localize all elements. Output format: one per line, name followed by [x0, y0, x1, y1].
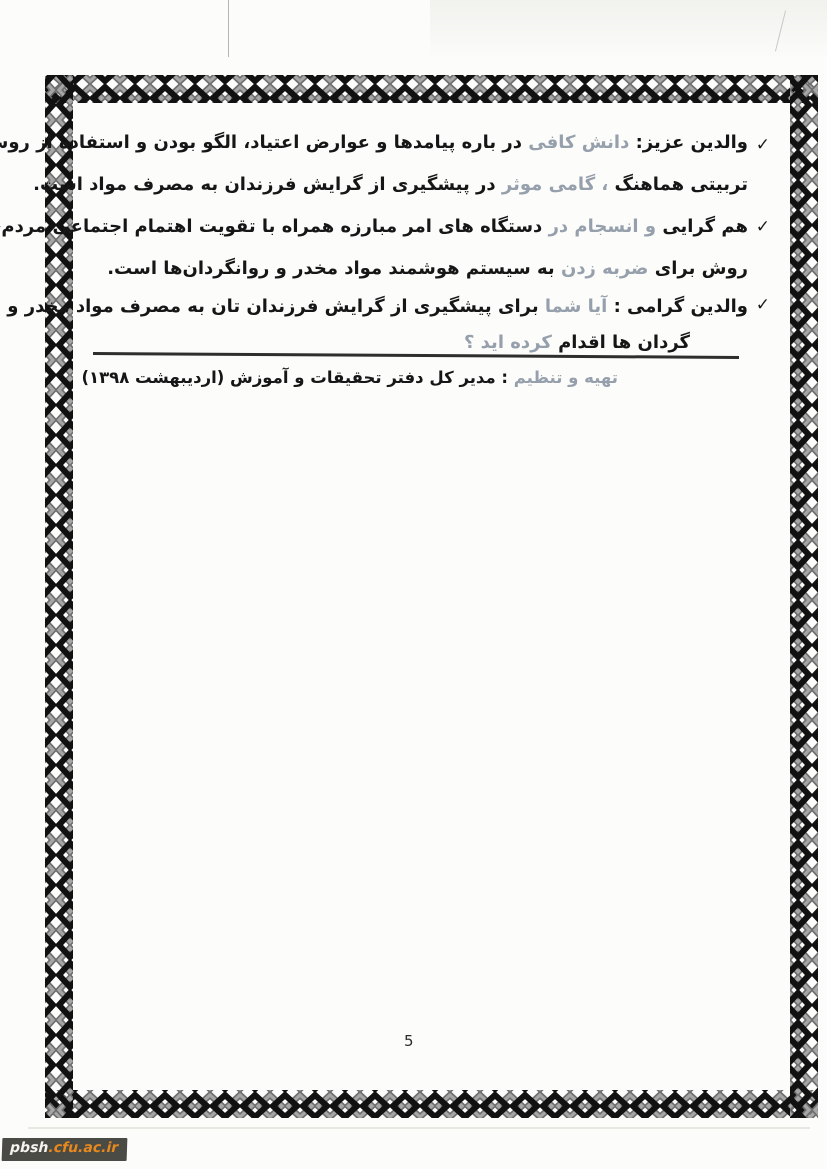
page-number: 5 [404, 1032, 414, 1050]
footer-credit-line: تهیه و تنظیم : مدیر کل دفتر تحقیقات و آم… [81, 363, 618, 393]
checkmark-icon: ✓ [756, 217, 770, 237]
bullet-3-line-1: والدین گرامی : آیا شما برای پیشگیری از گ… [0, 292, 748, 322]
scan-line-artifact [228, 0, 229, 57]
border-top-strip [45, 75, 818, 103]
scanned-document-page: ✓ والدین عزیز: دانش کافی در باره پیامدها… [0, 0, 827, 1169]
bullet-1-line-1: والدین عزیز: دانش کافی در باره پیامدها و… [0, 128, 748, 158]
bullet-1-line-2: تربیتی هماهنگ ، گامی موثر در پیشگیری از … [33, 170, 748, 200]
border-right-strip [790, 75, 818, 1118]
bullet-2-line-2: روش برای ضربه زدن به سیستم هوشمند مواد م… [107, 254, 748, 284]
scan-scratch-artifact [775, 11, 786, 52]
watermark-prefix: pbsh [10, 1140, 49, 1156]
checkmark-icon: ✓ [756, 295, 770, 315]
border-bottom-strip [45, 1090, 818, 1118]
bullet-2-line-1: هم گرایی و انسجام در دستگاه های امر مبار… [0, 212, 748, 242]
scan-shading-artifact [430, 0, 827, 60]
site-watermark: pbsh.cfu.ac.ir [2, 1138, 128, 1161]
scan-edge-artifact [28, 1127, 810, 1129]
checkmark-icon: ✓ [756, 135, 770, 155]
watermark-suffix: .cfu.ac.ir [48, 1140, 118, 1156]
